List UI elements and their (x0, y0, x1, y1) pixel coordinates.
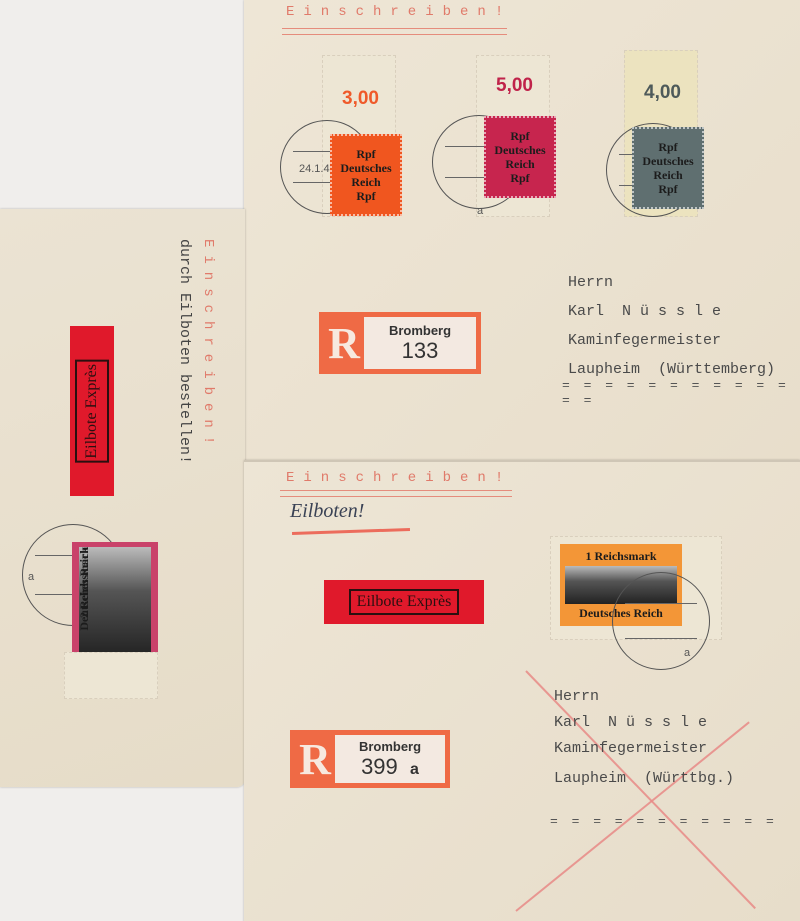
address-underline: = = = = = = = = = = = (550, 814, 777, 829)
express-label: Eilbote Exprès (324, 580, 484, 624)
recipient-address: HerrnKarl N ü s s l eKaminfegermeisterLa… (568, 268, 775, 384)
postmark-bottom (612, 572, 710, 670)
plate-number-2: 5,00 (496, 75, 533, 97)
registered-header: Einschreiben! (286, 4, 512, 20)
stamp-15-rpf: Rpf Deutsches Reich Rpf (330, 134, 402, 216)
sheet-margin-left (64, 652, 158, 699)
registration-label-133: R Bromberg 133 (319, 312, 481, 374)
stamp-20-rpf: Rpf Deutsches Reich Rpf (632, 127, 704, 209)
registration-r: R (324, 317, 364, 369)
registration-number: 399 (361, 754, 398, 779)
postmark-letter-2: a (477, 205, 483, 217)
registration-city: Bromberg (389, 323, 451, 338)
registered-header: Einschreiben! (286, 470, 512, 486)
stamp-25-rpf: Rpf Deutsches Reich Rpf (484, 116, 556, 198)
postmark-letter-bottom: a (684, 647, 690, 659)
left-cover: Einschreiben! durch Eilboten bestellen! … (0, 209, 245, 787)
plate-number-3: 4,00 (644, 82, 681, 104)
stamp-2-reichsmark: Deutsches Reich 2 Reichsmark (72, 542, 158, 662)
registration-city: Bromberg (359, 739, 421, 754)
header-rule (280, 490, 512, 497)
plate-number-1: 3,00 (342, 88, 379, 110)
express-label-text: Eilbote Exprès (75, 360, 109, 463)
recipient-address: HerrnKarl N ü s s l eKaminfegermeisterLa… (554, 684, 734, 792)
registered-header-vertical: Einschreiben! (200, 239, 216, 452)
registration-suffix: a (410, 761, 419, 778)
registration-label-399: R Bromberg 399 a (290, 730, 450, 788)
registration-r: R (295, 735, 335, 783)
header-rule (282, 28, 507, 35)
handwritten-eilboten: Eilboten! (290, 500, 364, 523)
handwritten-underline (292, 528, 410, 535)
top-cover: Einschreiben! 3,00 5,00 4,00 24.1.4 a Rp… (244, 0, 800, 460)
express-instruction: durch Eilboten bestellen! (176, 239, 193, 464)
postmark-date-1: 24.1.4 (299, 163, 330, 175)
express-label-text: Eilbote Exprès (349, 589, 460, 615)
address-underline: = = = = = = = = = = = = = (562, 378, 800, 408)
postmark-letter-left: a (28, 571, 34, 583)
bottom-cover: Einschreiben! Eilboten! Eilbote Exprès 1… (244, 460, 800, 921)
express-label-vertical: Eilbote Exprès (70, 326, 114, 496)
registration-number: 133 (402, 338, 439, 364)
